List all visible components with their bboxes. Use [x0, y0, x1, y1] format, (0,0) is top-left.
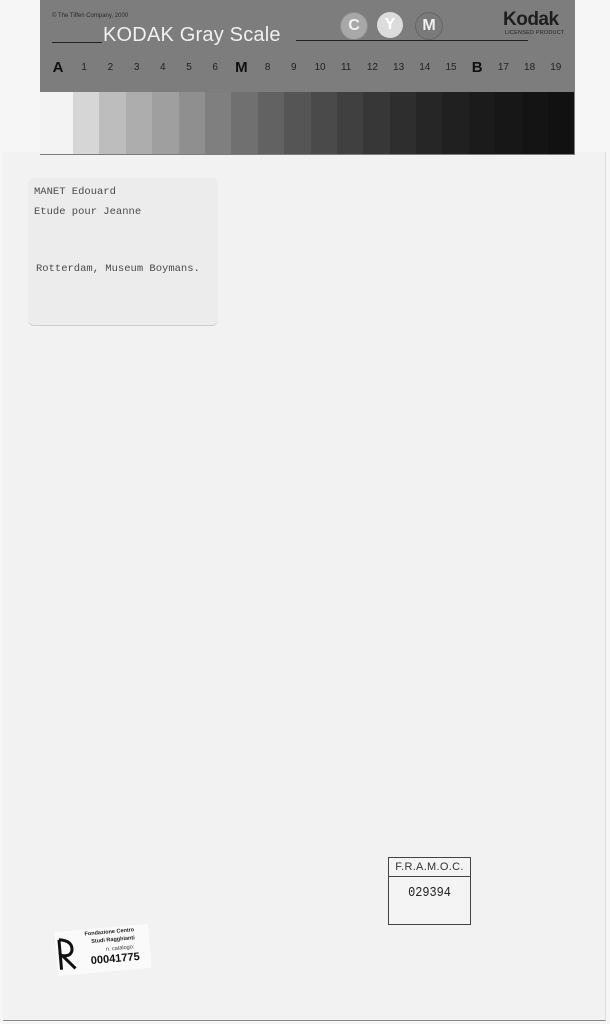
kodak-logo: Kodak — [503, 9, 559, 31]
gray-step — [179, 92, 205, 154]
gray-step — [311, 92, 337, 154]
gray-step — [363, 92, 389, 154]
stamp-number: 029394 — [395, 885, 464, 901]
title-rule-left — [52, 42, 102, 43]
gray-step — [495, 92, 521, 154]
artwork-title: Etude pour Jeanne — [34, 206, 141, 218]
gray-step — [152, 92, 178, 154]
artwork-location: Rotterdam, Museum Boymans. — [36, 263, 200, 275]
gray-step — [99, 92, 125, 154]
gray-step — [337, 92, 363, 154]
scale-label: A — [53, 59, 64, 76]
scale-label: 17 — [498, 62, 509, 73]
scale-label: B — [472, 59, 483, 76]
catalog-label-card: MANET Edouard Etude pour Jeanne Rotterda… — [28, 178, 218, 326]
title-rule-right — [296, 40, 528, 41]
gray-step — [205, 92, 231, 154]
scale-label: M — [235, 59, 248, 76]
scale-label: 8 — [265, 62, 271, 73]
sticker-org-line2: Studi Ragghianti — [91, 935, 135, 945]
yellow-circle-icon: Y — [377, 12, 403, 38]
scale-label: 14 — [419, 62, 430, 73]
scale-labels: A123456M89101112131415B171819 — [50, 62, 570, 82]
gray-step — [258, 92, 284, 154]
scale-label: 19 — [550, 62, 561, 73]
scale-label: 1 — [81, 62, 87, 73]
gray-step — [40, 92, 73, 154]
scale-label: 18 — [524, 62, 535, 73]
kodak-gray-scale-card: © The Tiffen Company, 2000 KODAK Gray Sc… — [40, 0, 575, 155]
scale-label: 2 — [108, 62, 114, 73]
magenta-circle-icon: M — [415, 12, 443, 40]
gray-step — [548, 92, 574, 154]
scale-label: 6 — [212, 62, 218, 73]
scale-label: 15 — [445, 62, 456, 73]
scale-label: 10 — [314, 62, 325, 73]
gray-step — [73, 92, 99, 154]
gray-steps — [40, 92, 575, 154]
scale-label: 9 — [291, 62, 297, 73]
ragghianti-logo-icon — [57, 936, 78, 971]
gray-step — [231, 92, 257, 154]
copyright-text: © The Tiffen Company, 2000 — [52, 13, 128, 19]
scale-label: 4 — [160, 62, 166, 73]
licensed-product-text: LICENSED PRODUCT — [505, 30, 564, 36]
gray-step — [522, 92, 548, 154]
stamp-header: F.R.A.M.O.C. — [389, 858, 470, 877]
scale-label: 11 — [341, 62, 351, 73]
gray-step — [469, 92, 495, 154]
artist-name: MANET Edouard — [34, 186, 116, 198]
sticker-catalog-number: 00041775 — [90, 951, 140, 967]
cyan-circle-icon: C — [340, 12, 368, 40]
scale-label: 3 — [134, 62, 140, 73]
card-title: KODAK Gray Scale — [103, 24, 281, 47]
gray-step — [284, 92, 310, 154]
scale-label: 13 — [393, 62, 404, 73]
gray-step — [390, 92, 416, 154]
framoc-stamp: F.R.A.M.O.C. 029394 — [388, 857, 471, 925]
scale-label: 5 — [186, 62, 192, 73]
scale-label: 12 — [367, 62, 378, 73]
catalog-sticker: Fondazione Centro Studi Ragghianti n. ca… — [54, 924, 151, 976]
gray-step — [126, 92, 152, 154]
gray-step — [442, 92, 468, 154]
gray-step — [416, 92, 442, 154]
